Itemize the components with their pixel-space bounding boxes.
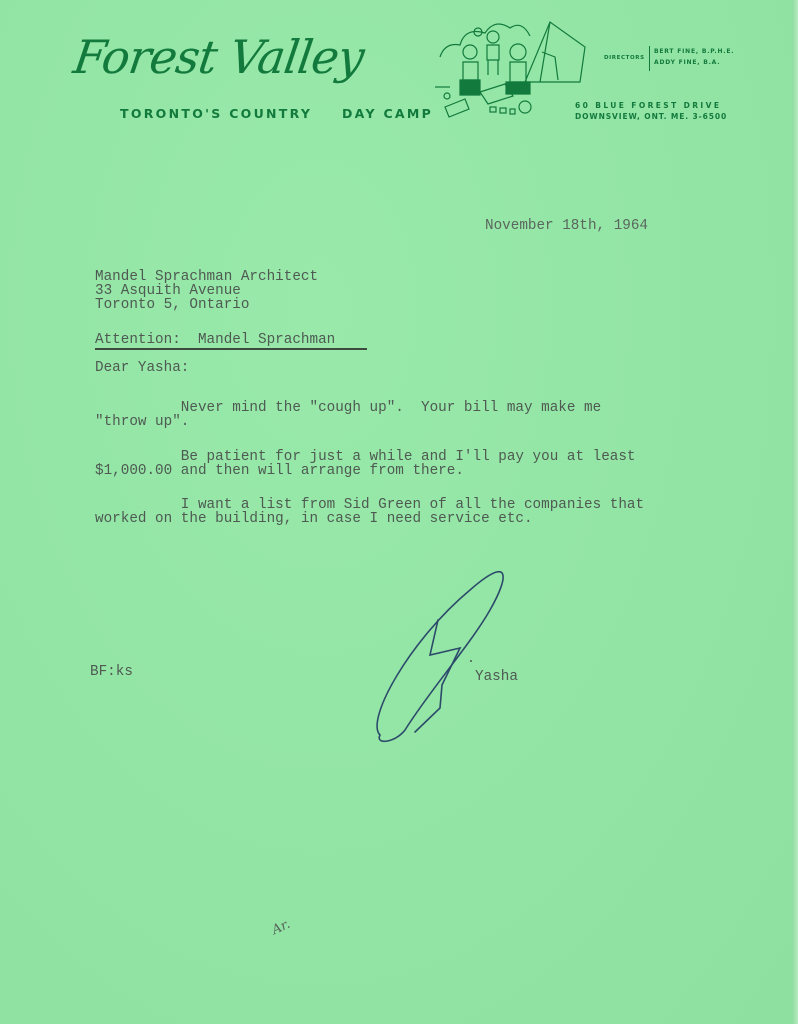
directors-divider: [649, 46, 650, 71]
letter-date: November 18th, 1964: [485, 219, 648, 233]
paragraph-1: Never mind the "cough up". Your bill may…: [95, 401, 601, 429]
recipient-block: Mandel Sprachman Architect 33 Asquith Av…: [95, 270, 318, 312]
salutation: Dear Yasha:: [95, 361, 189, 375]
handwritten-mark: Ar.: [270, 917, 293, 938]
tagline-right: DAY CAMP: [342, 106, 433, 121]
director-1: BERT FINE, B.P.H.E.: [654, 48, 734, 55]
paper-edge: [792, 0, 798, 1024]
signature-icon: [370, 560, 520, 745]
address-line-1: 60 BLUE FOREST DRIVE: [575, 101, 721, 110]
signature-dot: [470, 660, 472, 662]
typist-initials: BF:ks: [90, 665, 133, 679]
address-line-2: DOWNSVIEW, ONT. ME. 3-6500: [575, 112, 727, 121]
camp-illustration-icon: [430, 12, 590, 127]
director-2: ADDY FINE, B.A.: [654, 59, 720, 66]
directors-label: DIRECTORS: [604, 55, 645, 61]
attention-underline: [95, 348, 367, 350]
brand-logo: Forest Valley: [70, 30, 367, 84]
recipient-line-3: Toronto 5, Ontario: [95, 297, 249, 313]
paragraph-3: I want a list from Sid Green of all the …: [95, 498, 644, 526]
paragraph-2: Be patient for just a while and I'll pay…: [95, 450, 636, 478]
signature-name: Yasha: [475, 670, 518, 684]
letter-page: Forest Valley TORONTO'S COUNTRY DAY CAMP…: [0, 0, 798, 1024]
attention-line: Attention: Mandel Sprachman: [95, 333, 335, 347]
tagline-left: TORONTO'S COUNTRY: [120, 106, 312, 121]
